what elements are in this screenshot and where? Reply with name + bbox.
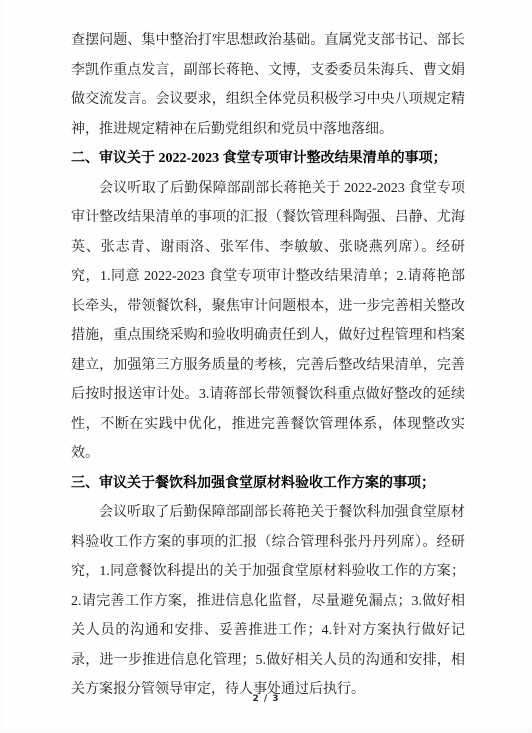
document-text-area: 查摆问题、集中整治打牢思想政治基础。直属党支部书记、部长李凯作重点发言，副部长蒋…: [71, 26, 465, 705]
body-paragraph-audit-rectification: 会议听取了后勤保障部副部长蒋艳关于 2022-2023 食堂专项审计整改结果清单…: [71, 174, 465, 469]
document-page: 查摆问题、集中整治打牢思想政治基础。直属党支部书记、部长李凯作重点发言，副部长蒋…: [0, 0, 532, 733]
footer-page-number: 2 / 3: [0, 694, 532, 704]
body-paragraph-material-acceptance: 会议听取了后勤保障部副部长蒋艳关于餐饮科加强食堂原材料验收工作方案的事项的汇报（…: [71, 498, 465, 705]
section-heading-item-3: 三、审议关于餐饮科加强食堂原材料验收工作方案的事项；: [71, 469, 465, 499]
body-paragraph-continuation: 查摆问题、集中整治打牢思想政治基础。直属党支部书记、部长李凯作重点发言，副部长蒋…: [71, 26, 465, 144]
section-heading-item-2: 二、审议关于 2022-2023 食堂专项审计整改结果清单的事项；: [71, 144, 465, 174]
